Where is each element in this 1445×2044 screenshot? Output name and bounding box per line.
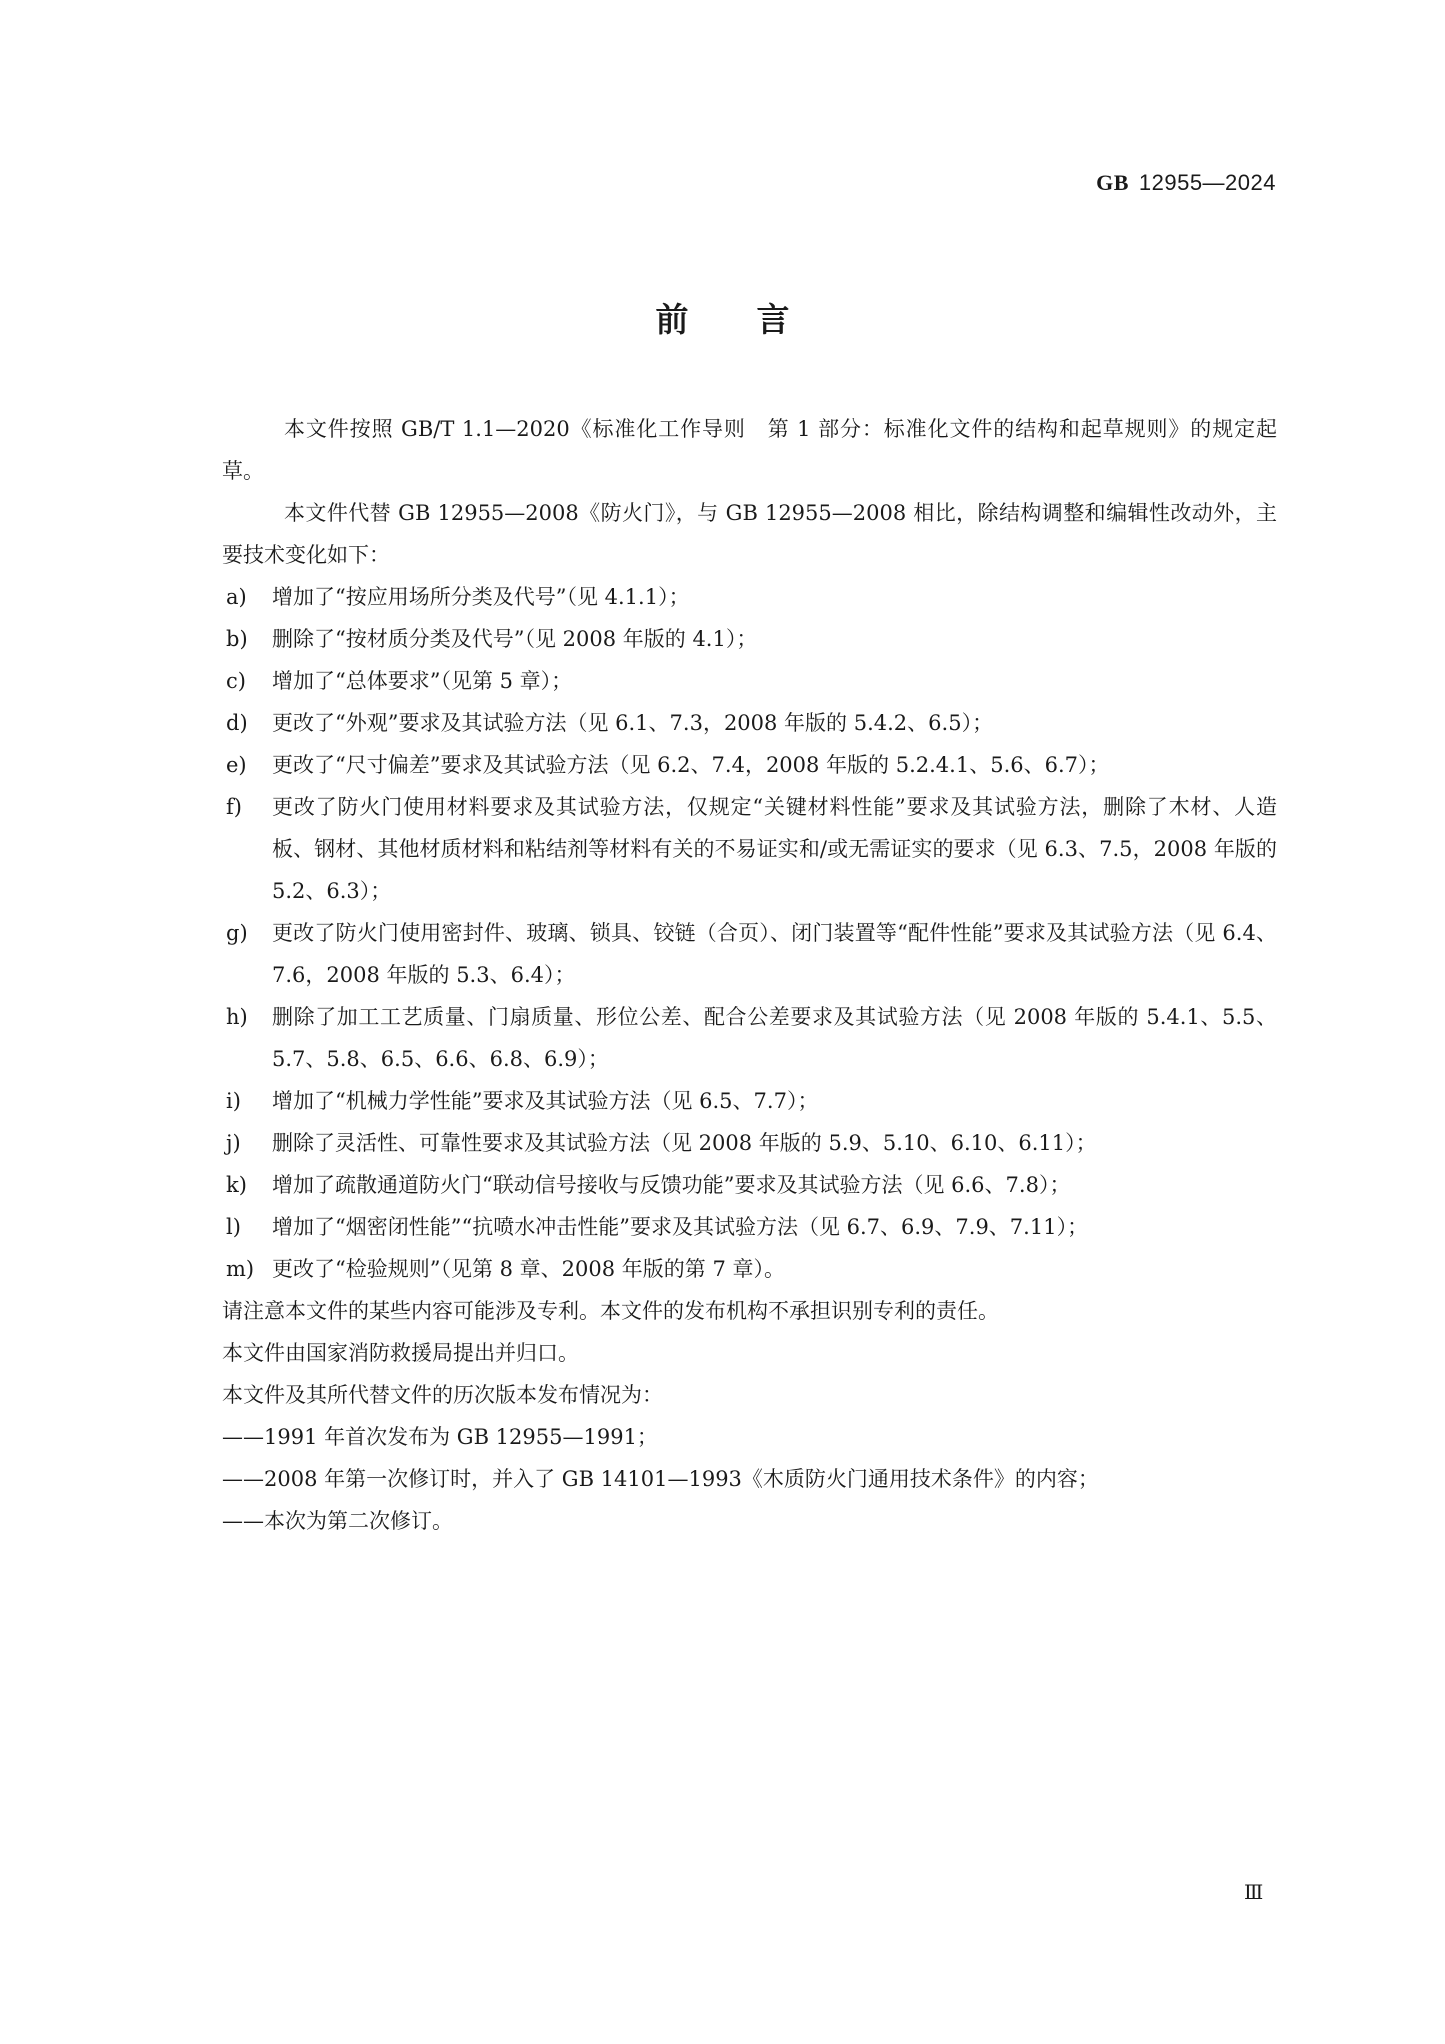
item-text: 删除了灵活性、可靠性要求及其试验方法（见 2008 年版的 5.9、5.10、6… [272, 1122, 1277, 1164]
standard-prefix: GB [1096, 170, 1129, 195]
list-item: j)删除了灵活性、可靠性要求及其试验方法（见 2008 年版的 5.9、5.10… [226, 1122, 1277, 1164]
page-title: 前言 [0, 294, 1445, 341]
list-item: h)删除了加工工艺质量、门扇质量、形位公差、配合公差要求及其试验方法（见 200… [226, 996, 1277, 1080]
standard-number: GB12955—2024 [1096, 170, 1276, 196]
item-text: 删除了加工工艺质量、门扇质量、形位公差、配合公差要求及其试验方法（见 2008 … [272, 996, 1277, 1080]
list-item: l)增加了“烟密闭性能”“抗喷水冲击性能”要求及其试验方法（见 6.7、6.9、… [226, 1206, 1277, 1248]
item-text: 更改了防火门使用密封件、玻璃、锁具、铰链（合页）、闭门装置等“配件性能”要求及其… [272, 912, 1277, 996]
item-text: 更改了“尺寸偏差”要求及其试验方法（见 6.2、7.4，2008 年版的 5.2… [272, 744, 1277, 786]
item-text: 更改了“检验规则”（见第 8 章、2008 年版的第 7 章）。 [272, 1248, 1277, 1290]
list-item: i)增加了“机械力学性能”要求及其试验方法（见 6.5、7.7）； [226, 1080, 1277, 1122]
foreword-body: 本文件按照 GB/T 1.1—2020《标准化工作导则 第 1 部分：标准化文件… [222, 408, 1277, 1542]
list-item: m)更改了“检验规则”（见第 8 章、2008 年版的第 7 章）。 [226, 1248, 1277, 1290]
item-label: i) [226, 1080, 272, 1122]
list-item: c)增加了“总体要求”（见第 5 章）； [226, 660, 1277, 702]
standard-code: 12955—2024 [1139, 170, 1276, 195]
history-item: ——2008 年第一次修订时，并入了 GB 14101—1993《木质防火门通用… [222, 1458, 1277, 1500]
page-number: Ⅲ [1244, 1880, 1263, 1904]
item-label: m) [226, 1248, 272, 1290]
item-text: 增加了“机械力学性能”要求及其试验方法（见 6.5、7.7）； [272, 1080, 1277, 1122]
item-label: k) [226, 1164, 272, 1206]
patent-notice: 请注意本文件的某些内容可能涉及专利。本文件的发布机构不承担识别专利的责任。 [222, 1290, 1277, 1332]
item-text: 增加了疏散通道防火门“联动信号接收与反馈功能”要求及其试验方法（见 6.6、7.… [272, 1164, 1277, 1206]
item-text: 增加了“烟密闭性能”“抗喷水冲击性能”要求及其试验方法（见 6.7、6.9、7.… [272, 1206, 1277, 1248]
item-label: c) [226, 660, 272, 702]
item-label: b) [226, 618, 272, 660]
history-item: ——本次为第二次修订。 [222, 1500, 1277, 1542]
item-text: 删除了“按材质分类及代号”（见 2008 年版的 4.1）； [272, 618, 1277, 660]
item-text: 增加了“按应用场所分类及代号”（见 4.1.1）； [272, 576, 1277, 618]
item-label: h) [226, 996, 272, 1080]
proposer-notice: 本文件由国家消防救援局提出并归口。 [222, 1332, 1277, 1374]
list-item: a)增加了“按应用场所分类及代号”（见 4.1.1）； [226, 576, 1277, 618]
item-text: 增加了“总体要求”（见第 5 章）； [272, 660, 1277, 702]
item-text: 更改了“外观”要求及其试验方法（见 6.1、7.3，2008 年版的 5.4.2… [272, 702, 1277, 744]
item-label: f) [226, 786, 272, 912]
item-label: g) [226, 912, 272, 996]
item-label: e) [226, 744, 272, 786]
list-item: e)更改了“尺寸偏差”要求及其试验方法（见 6.2、7.4，2008 年版的 5… [226, 744, 1277, 786]
item-label: d) [226, 702, 272, 744]
replacement-paragraph: 本文件代替 GB 12955—2008《防火门》，与 GB 12955—2008… [222, 492, 1277, 576]
list-item: b)删除了“按材质分类及代号”（见 2008 年版的 4.1）； [226, 618, 1277, 660]
history-item: ——1991 年首次发布为 GB 12955—1991； [222, 1416, 1277, 1458]
list-item: g)更改了防火门使用密封件、玻璃、锁具、铰链（合页）、闭门装置等“配件性能”要求… [226, 912, 1277, 996]
item-label: l) [226, 1206, 272, 1248]
item-text: 更改了防火门使用材料要求及其试验方法，仅规定“关键材料性能”要求及其试验方法，删… [272, 786, 1277, 912]
item-label: j) [226, 1122, 272, 1164]
list-item: f)更改了防火门使用材料要求及其试验方法，仅规定“关键材料性能”要求及其试验方法… [226, 786, 1277, 912]
item-label: a) [226, 576, 272, 618]
drafting-rule-paragraph: 本文件按照 GB/T 1.1—2020《标准化工作导则 第 1 部分：标准化文件… [222, 408, 1277, 492]
list-item: d)更改了“外观”要求及其试验方法（见 6.1、7.3，2008 年版的 5.4… [226, 702, 1277, 744]
changes-list-full: a)增加了“按应用场所分类及代号”（见 4.1.1）；b)删除了“按材质分类及代… [222, 576, 1277, 1290]
history-intro: 本文件及其所代替文件的历次版本发布情况为： [222, 1374, 1277, 1416]
list-item: k)增加了疏散通道防火门“联动信号接收与反馈功能”要求及其试验方法（见 6.6、… [226, 1164, 1277, 1206]
